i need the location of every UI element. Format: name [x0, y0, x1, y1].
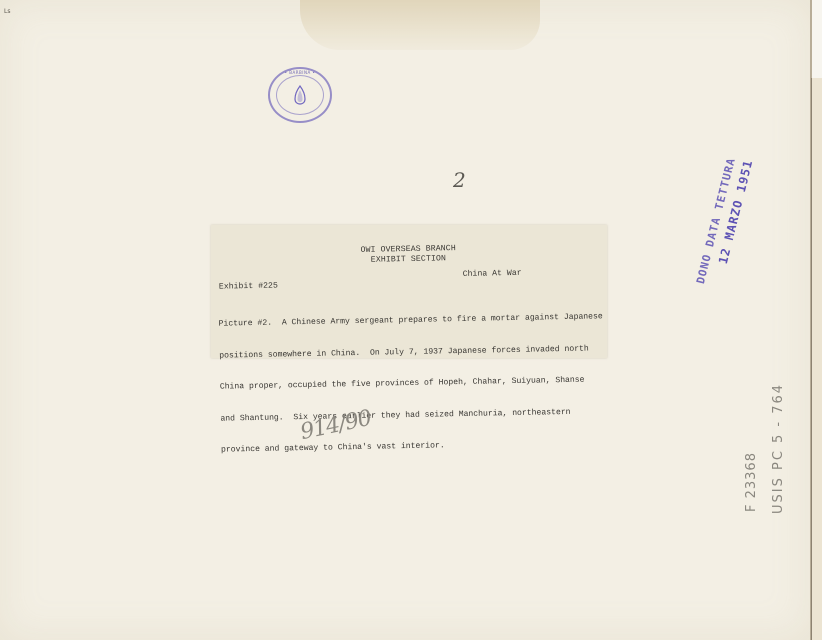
- caption-slip: OWI OVERSEAS BRANCH EXHIBIT SECTION Chin…: [211, 225, 607, 358]
- caption-series-title: China At War: [463, 269, 522, 281]
- archive-code-f: F 23368: [744, 452, 759, 512]
- photo-verso-page: Ls • BARBINA • 2 OWI OVERSEAS BRANCH EXH…: [0, 0, 811, 640]
- caption-body-line: China proper, occupied the five province…: [220, 375, 612, 393]
- caption-header: OWI OVERSEAS BRANCH EXHIBIT SECTION: [210, 241, 606, 268]
- caption-body-line: and Shantung. Six years earlier they had…: [220, 407, 612, 425]
- archive-code-usis: USIS PC 5 - 764: [771, 383, 786, 514]
- caption-body: Picture #2. A Chinese Army sergeant prep…: [218, 291, 613, 477]
- caption-exhibit-number: Exhibit #225: [219, 282, 278, 294]
- caption-body-line: positions somewhere in China. On July 7,…: [219, 344, 611, 362]
- caption-body-line: Picture #2. A Chinese Army sergeant prep…: [219, 312, 611, 330]
- caption-content: OWI OVERSEAS BRANCH EXHIBIT SECTION Chin…: [210, 221, 608, 362]
- corner-mark: Ls: [4, 8, 10, 15]
- arrowhead-emblem-icon: [293, 85, 307, 105]
- handwritten-page-number: 2: [453, 168, 466, 192]
- caption-body-line: province and gateway to China's vast int…: [221, 438, 613, 456]
- stain-mark: [300, 0, 540, 50]
- underlying-sheet: [811, 78, 822, 640]
- receipt-date-stamp: DONO DATA TETTURA 12 MARZO 1951: [660, 90, 750, 290]
- oval-ink-stamp: • BARBINA •: [268, 67, 332, 123]
- stamp-text: • BARBINA •: [270, 70, 330, 75]
